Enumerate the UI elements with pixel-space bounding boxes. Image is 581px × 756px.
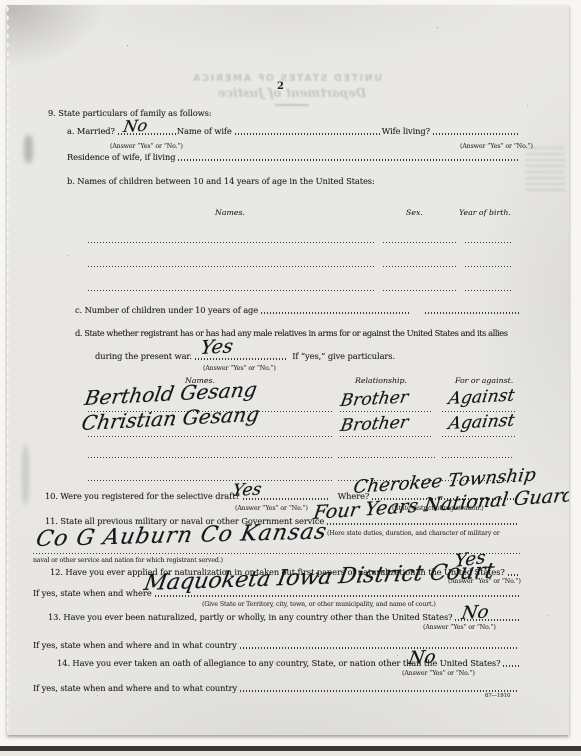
question-14-ifyes-label: If yes, state when and where and to what… bbox=[33, 683, 237, 693]
relatives-answer-line: during the present war. If “yes,” give p… bbox=[95, 351, 395, 361]
bleedthrough-line1: UNITED STATES OF AMERICA bbox=[202, 73, 382, 84]
relative-relationship-handwriting: Brother bbox=[339, 413, 410, 436]
bleedthrough-rule bbox=[275, 104, 309, 106]
question-10-label: 10. Were you registered for the selectiv… bbox=[45, 491, 240, 501]
married-label: a. Married? bbox=[67, 126, 115, 136]
children-row-line bbox=[383, 266, 457, 267]
relatives-label-line2: during the present war. bbox=[95, 351, 192, 361]
dotted-line bbox=[240, 690, 519, 691]
children-row-line bbox=[88, 266, 375, 267]
children-col-sex: Sex. bbox=[406, 208, 423, 217]
children-row-line bbox=[88, 290, 375, 291]
scan-backing-edge bbox=[0, 751, 581, 756]
court-hint: (Give State or Territory, city, town, or… bbox=[202, 601, 436, 608]
answer-hint: (Answer “Yes” or “No.”) bbox=[460, 143, 533, 150]
dotted-line bbox=[503, 665, 519, 666]
question-13-line: 13. Have you ever been naturalized, part… bbox=[48, 612, 520, 622]
table-row-line bbox=[442, 457, 513, 458]
question-13-ifyes-label: If yes, state when and where and in what… bbox=[33, 640, 237, 650]
children-under-10-line: c. Number of children under 10 years of … bbox=[75, 305, 520, 315]
answer-hint: (Answer “Yes” or “No.”) bbox=[402, 670, 475, 677]
margin-smudge bbox=[24, 135, 33, 163]
relatives-answer-handwriting: Yes bbox=[199, 335, 235, 359]
table-row-line bbox=[442, 436, 517, 437]
military-service-hint-line2: naval or other service and nation for wh… bbox=[33, 557, 223, 564]
table-row-line bbox=[88, 480, 332, 481]
children-col-year: Year of birth. bbox=[459, 208, 511, 217]
particulars-label: If “yes,” give particulars. bbox=[292, 351, 395, 361]
dotted-line bbox=[433, 133, 519, 134]
table-row-line bbox=[88, 457, 332, 458]
children-row-line bbox=[465, 266, 513, 267]
children-row-line bbox=[465, 290, 513, 291]
relative-relationship-handwriting: Brother bbox=[339, 388, 410, 411]
dotted-line bbox=[508, 574, 519, 575]
children-col-names: Names. bbox=[215, 208, 245, 217]
wife-name-label: Name of wife bbox=[177, 126, 232, 136]
question-13-label: 13. Have you ever been naturalized, part… bbox=[48, 612, 452, 622]
military-service-hint-line1: (Here state duties, duration, and charac… bbox=[327, 530, 500, 537]
relatives-col-for-against: For or against. bbox=[455, 376, 513, 385]
dotted-line bbox=[261, 312, 411, 313]
margin-smudge bbox=[22, 445, 29, 505]
relatives-label-line1: d. State whether registrant has or has h… bbox=[75, 329, 508, 339]
residence-line: Residence of wife, if living bbox=[67, 152, 520, 162]
married-answer-handwriting: No bbox=[122, 116, 149, 136]
relative-for-against-handwriting: Against bbox=[447, 386, 516, 409]
wife-living-label: Wife living? bbox=[382, 126, 430, 136]
dotted-line bbox=[425, 312, 519, 313]
question-14-ifyes-line: If yes, state when and where and to what… bbox=[33, 683, 520, 693]
children-row-line bbox=[383, 242, 457, 243]
question-14-line: 14. Have you ever taken an oath of alleg… bbox=[57, 658, 520, 668]
oath-allegiance-handwriting: No bbox=[407, 647, 437, 669]
children-row-line bbox=[465, 242, 513, 243]
children-section-label: b. Names of children between 10 and 14 y… bbox=[67, 177, 375, 187]
dotted-line bbox=[178, 159, 519, 160]
children-row-line bbox=[88, 242, 375, 243]
table-row-line bbox=[340, 411, 433, 412]
bleedthrough-margin-text bbox=[525, 147, 565, 195]
form-print-code: 67—1910 bbox=[485, 693, 510, 699]
question-12-ifyes-label: If yes, state when and where bbox=[33, 588, 152, 598]
dotted-line bbox=[33, 553, 520, 554]
children-under-10-label: c. Number of children under 10 years of … bbox=[75, 305, 258, 315]
page-number: 2 bbox=[277, 81, 284, 92]
children-row-line bbox=[383, 290, 457, 291]
paper-speckles bbox=[7, 5, 8, 6]
table-row-line bbox=[88, 436, 332, 437]
bleedthrough-line2: Department of Justice bbox=[202, 86, 382, 100]
dotted-line bbox=[155, 595, 519, 596]
deckled-left-edge bbox=[7, 5, 13, 735]
dotted-line bbox=[240, 647, 519, 648]
answer-hint: (Answer “Yes” or “No.”) bbox=[423, 624, 496, 631]
dotted-line bbox=[327, 523, 519, 524]
table-row-line bbox=[340, 436, 433, 437]
dotted-line bbox=[235, 133, 381, 134]
answer-hint: (Answer “Yes” or “No.”) bbox=[110, 143, 183, 150]
question-13-ifyes-line: If yes, state when and where and in what… bbox=[33, 640, 520, 650]
draft-answer-handwriting: Yes bbox=[231, 480, 263, 501]
naturalized-elsewhere-handwriting: No bbox=[460, 602, 490, 624]
answer-hint: (Answer “Yes” or “No.”) bbox=[203, 365, 276, 372]
table-row-line bbox=[338, 457, 435, 458]
answer-hint: (Answer “Yes” or “No.”) bbox=[235, 505, 308, 512]
relative-for-against-handwriting: Against bbox=[447, 411, 516, 434]
scanned-form-page: UNITED STATES OF AMERICA Department of J… bbox=[7, 5, 569, 735]
residence-label: Residence of wife, if living bbox=[67, 152, 175, 162]
bleedthrough-text: UNITED STATES OF AMERICA Department of J… bbox=[202, 73, 382, 106]
relatives-col-relationship: Relationship. bbox=[355, 376, 407, 385]
